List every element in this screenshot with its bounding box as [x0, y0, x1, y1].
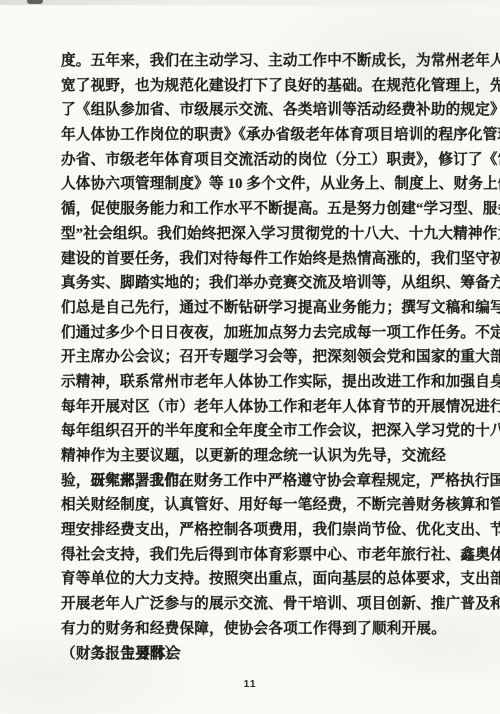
text-line: 相关财经制度，认真管好、用好每一笔经费，不断完善财务核算和管理制度，合 [61, 493, 446, 518]
document-page: 度。五年来，我们在主动学习、主动工作中不断成长，为常州老年人体协工作拓宽了视野，… [0, 0, 500, 714]
text-line: 得社会支持，我们先后得到市体育彩票中心、市老年旅行社、鑫奥体育和伟隆体 [61, 543, 446, 568]
text-line: 们总是自己先行，通过不断钻研学习提高业务能力；撰写文稿和编写教材等，我 [61, 296, 446, 321]
text-line: 型”社会组织。我们始终把深入学习贯彻党的十八大、十九大精神作为加强自身 [61, 222, 446, 247]
text-line: 每年组织召开的半年度和全年度全市工作会议，把深入学习党的十八大、十九大 [61, 419, 446, 444]
text-line: 精神作为主要议题，以更新的理念统一认识为先导，交流经验，研究部署工作。 [61, 444, 446, 469]
text-line: 人体协六项管理制度》等 10 多个文件，从业务上、制度上、财务上做到有章可 [61, 172, 446, 197]
text-line: 年人体协工作岗位的职责》《承办省级老年体育项目培训的程序化管理办法》《承 [61, 123, 446, 148]
text-line: 真务实、脚踏实地的；我们举办竞赛交流及培训等，从组织、筹备方案开始，我 [61, 271, 446, 296]
scan-smudge [27, 0, 43, 4]
text-line: 五年来，我们在财务工作中严格遵守协会章程规定，严格执行国家法律法规， [61, 469, 446, 494]
text-line: 开主席办公会议；召开专题学习会等，把深刻领会党和国家的重大部署和重要指 [61, 345, 446, 370]
text-line: 示精神，联系常州市老年人体协工作实际，提出改进工作和加强自身建设相结合； [61, 370, 446, 395]
text-line: 有力的财务和经费保障，使协会各项工作得到了顺利开展。（财务报告另附） [61, 617, 446, 642]
text-line: 办省、市级老年体育项目交流活动的岗位（分工）职责》，修订了《常州市老年 [61, 148, 446, 173]
text-line: 循，促使服务能力和工作水平不断提高。五是努力创建“学习型、服务型、创新 [61, 197, 446, 222]
page-number: 11 [0, 678, 500, 690]
text-line: 度。五年来，我们在主动学习、主动工作中不断成长，为常州老年人体协工作拓 [61, 49, 446, 74]
text-line: 育等单位的大力支持。按照突出重点，面向基层的总体要求，支出部分主要用于 [61, 567, 446, 592]
text-line: 理安排经费支出，严格控制各项费用，我们崇尚节俭、优化支出、节编节支和取 [61, 518, 446, 543]
text-line: 了《组队参加省、市级展示交流、各类培训等活动经费补助的规定》《常州市老 [61, 98, 446, 123]
text-line: 们通过多少个日日夜夜，加班加点努力去完成每一项工作任务。不定期的组织召 [61, 321, 446, 346]
text-line: 建设的首要任务，我们对待每件工作始终是热情高涨的，我们坚守初心始终是求 [61, 247, 446, 272]
document-body: 度。五年来，我们在主动学习、主动工作中不断成长，为常州老年人体协工作拓宽了视野，… [61, 49, 446, 666]
text-line: 每年开展对区（市）老年人体协工作和老年人体育节的开展情况进行综合评估； [61, 395, 446, 420]
text-line: 开展老年人广泛参与的展示交流、骨干培训、项目创新、推广普及和创建建设等， [61, 592, 446, 617]
section-heading: 二、主要体会 [61, 642, 446, 667]
scan-edge-band [0, 0, 500, 5]
text-line: 宽了视野，也为规范化建设打下了良好的基础。在规范化管理上，先后制定出台 [61, 74, 446, 99]
